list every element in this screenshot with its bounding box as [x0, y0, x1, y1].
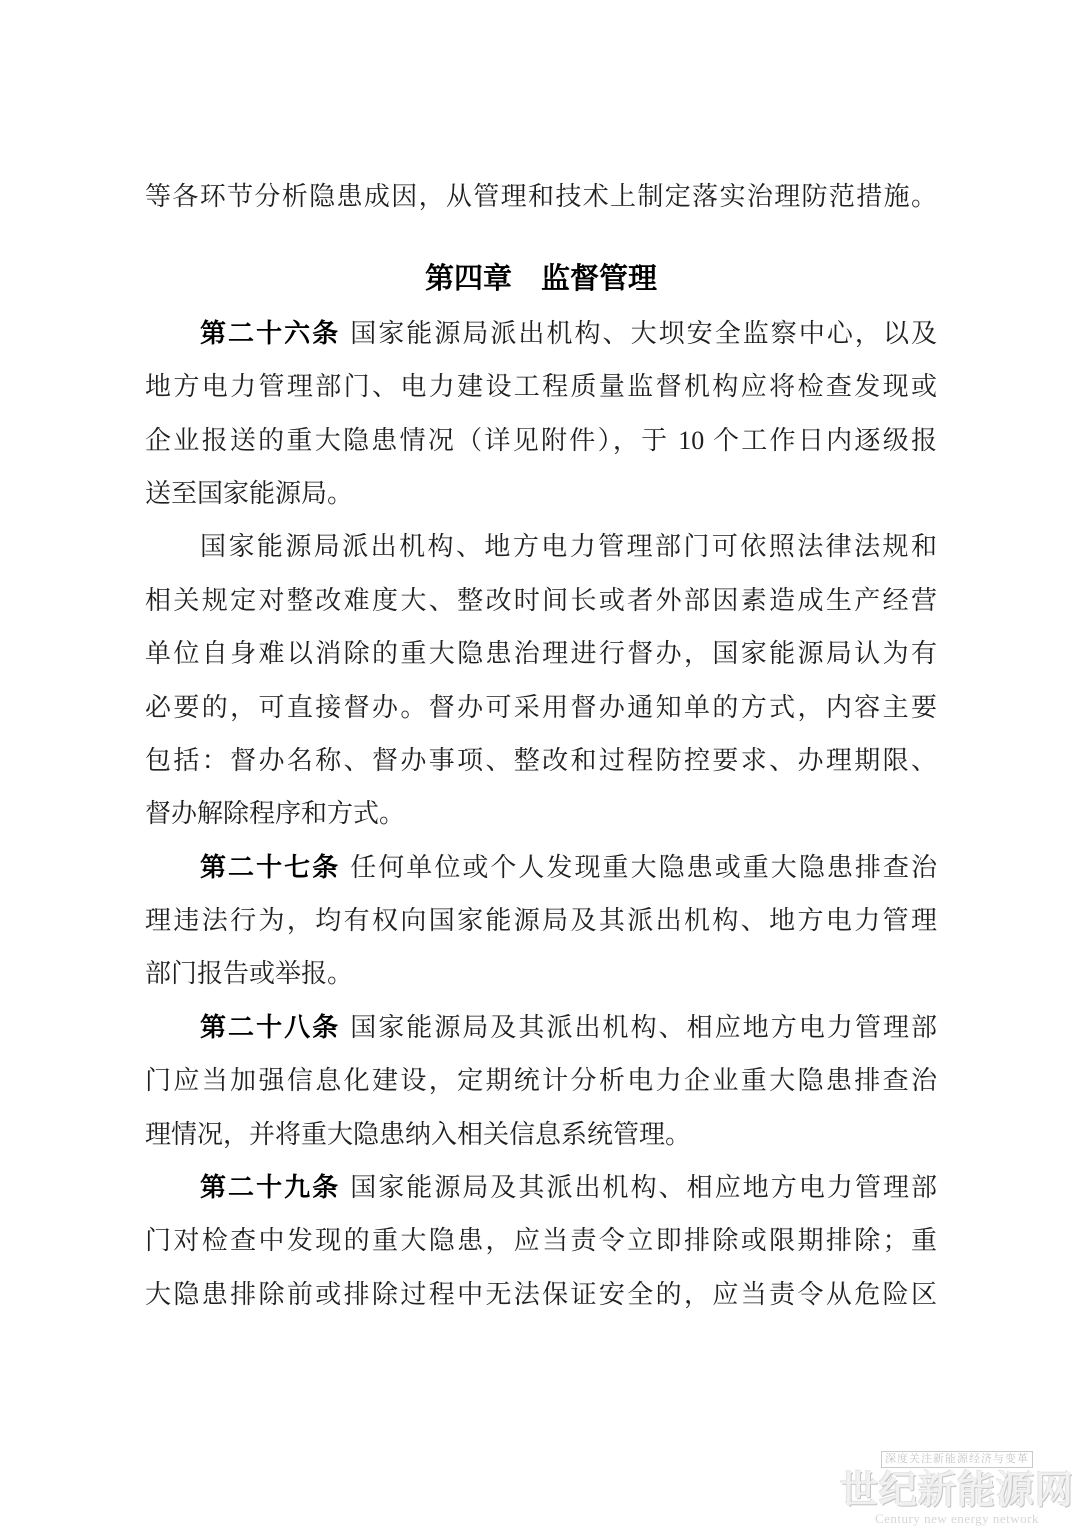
- text-line: 第二十八条国家能源局及其派出机构、相应地方电力管理部: [145, 1001, 937, 1054]
- document-body: 等各环节分析隐患成因，从管理和技术上制定落实治理防范措施。第四章 监督管理第二十…: [145, 170, 937, 1321]
- article-number: 第二十七条: [200, 852, 340, 882]
- text-line: 理情况，并将重大隐患纳入相关信息系统管理。: [145, 1108, 937, 1161]
- text-line: 第二十九条国家能源局及其派出机构、相应地方电力管理部: [145, 1161, 937, 1214]
- text-line: 包括：督办名称、督办事项、整改和过程防控要求、办理期限、: [145, 734, 937, 787]
- text-line: 理违法行为，均有权向国家能源局及其派出机构、地方电力管理: [145, 894, 937, 947]
- text-line: 必要的，可直接督办。督办可采用督办通知单的方式，内容主要: [145, 681, 937, 734]
- text-line: 国家能源局派出机构、地方电力管理部门可依照法律法规和: [145, 520, 937, 573]
- text-line: 第二十七条任何单位或个人发现重大隐患或重大隐患排查治: [145, 841, 937, 894]
- text-line: 相关规定对整改难度大、整改时间长或者外部因素造成生产经营: [145, 574, 937, 627]
- watermark-tagline: 深度关注新能源经济与变革: [881, 1451, 1033, 1468]
- text-line: 等各环节分析隐患成因，从管理和技术上制定落实治理防范措施。: [145, 170, 937, 223]
- text-line: 门对检查中发现的重大隐患，应当责令立即排除或限期排除；重: [145, 1214, 937, 1267]
- chapter-heading: 第四章 监督管理: [145, 253, 937, 306]
- text-line: 门应当加强信息化建设，定期统计分析电力企业重大隐患排查治: [145, 1054, 937, 1107]
- article-number: 第二十八条: [200, 1012, 340, 1042]
- text-line: 第二十六条国家能源局派出机构、大坝安全监察中心，以及: [145, 307, 937, 360]
- watermark-tagline-box: 深度关注新能源经济与变革: [838, 1449, 1076, 1470]
- watermark-site-name: 世纪新能源网: [838, 1470, 1076, 1512]
- text-line: 地方电力管理部门、电力建设工程质量监督机构应将检查发现或: [145, 360, 937, 413]
- article-number: 第二十九条: [200, 1172, 340, 1202]
- text-line: 企业报送的重大隐患情况（详见附件），于 10 个工作日内逐级报: [145, 414, 937, 467]
- article-number: 第二十六条: [200, 318, 340, 348]
- text-line: 督办解除程序和方式。: [145, 787, 937, 840]
- text-line: 部门报告或举报。: [145, 947, 937, 1000]
- text-line: 单位自身难以消除的重大隐患治理进行督办，国家能源局认为有: [145, 627, 937, 680]
- text-line: 送至国家能源局。: [145, 467, 937, 520]
- document-page: 等各环节分析隐患成因，从管理和技术上制定落实治理防范措施。第四章 监督管理第二十…: [0, 0, 1080, 1527]
- text-line: 大隐患排除前或排除过程中无法保证安全的，应当责令从危险区: [145, 1268, 937, 1321]
- watermark: 深度关注新能源经济与变革 世纪新能源网 Century new energy n…: [838, 1449, 1076, 1526]
- watermark-site-name-en: Century new energy network: [838, 1512, 1076, 1526]
